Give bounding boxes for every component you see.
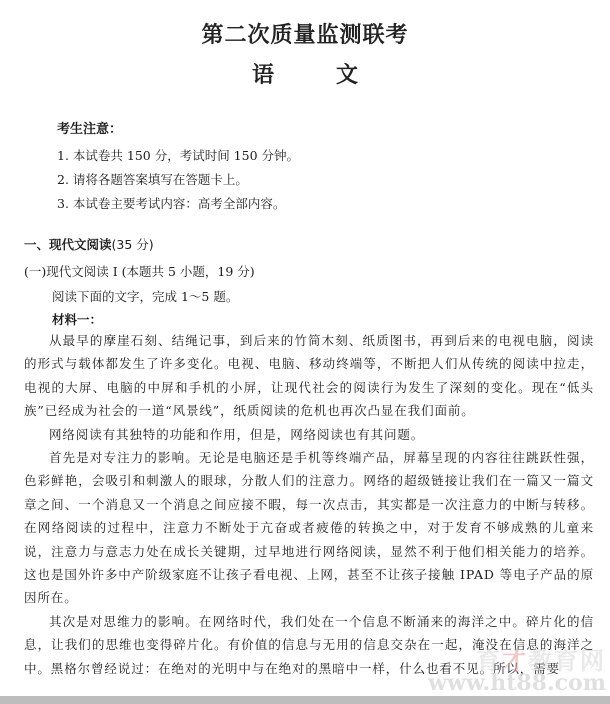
- passage-paragraph: 从最早的摩崖石刻、结绳记事，到后来的竹简木刻、纸质图书，再到后来的电视电脑，阅读…: [24, 329, 594, 423]
- passage-paragraph: 网络阅读有其独特的功能和作用，但是，网络阅读也有其问题。: [24, 423, 594, 446]
- subject-char-1: 语: [252, 58, 274, 89]
- passage-paragraph: 首先是对专注力的影响。无论是电脑还是手机等终端产品，屏幕呈现的内容往往跳跃性强，…: [24, 446, 594, 610]
- exam-page: 第二次质量监测联考 语文 考生注意： 1. 本试卷共 150 分，考试时间 15…: [0, 0, 610, 704]
- scan-bottom-edge: [0, 696, 610, 704]
- notice-item: 2. 请将各题答案填写在答题卡上。: [57, 168, 299, 192]
- passage-paragraph: 其次是对思维力的影响。在网络时代，我们处在一个信息不断涌来的海洋之中。碎片化的信…: [24, 610, 594, 680]
- reading-passage: 从最早的摩崖石刻、结绳记事，到后来的竹简木刻、纸质图书，再到后来的电视电脑，阅读…: [24, 329, 594, 680]
- section-score: (35 分): [112, 237, 154, 252]
- exam-notice: 考生注意： 1. 本试卷共 150 分，考试时间 150 分钟。 2. 请将各题…: [57, 118, 299, 216]
- section-title: 一、现代文阅读: [24, 237, 112, 252]
- subject-title: 语文: [0, 58, 610, 89]
- notice-heading: 考生注意：: [57, 118, 299, 137]
- material-label: 材料一：: [52, 310, 102, 328]
- subject-char-2: 文: [336, 58, 358, 89]
- subsection-heading: (一)现代文阅读 I (本题共 5 小题，19 分): [24, 262, 255, 280]
- notice-item: 1. 本试卷共 150 分，考试时间 150 分钟。: [57, 144, 299, 168]
- section-heading: 一、现代文阅读(35 分): [24, 235, 154, 253]
- notice-item: 3. 本试卷主要考试内容：高考全部内容。: [57, 192, 299, 216]
- reading-instruction: 阅读下面的文字，完成 1～5 题。: [52, 287, 238, 305]
- exam-title: 第二次质量监测联考: [0, 18, 610, 49]
